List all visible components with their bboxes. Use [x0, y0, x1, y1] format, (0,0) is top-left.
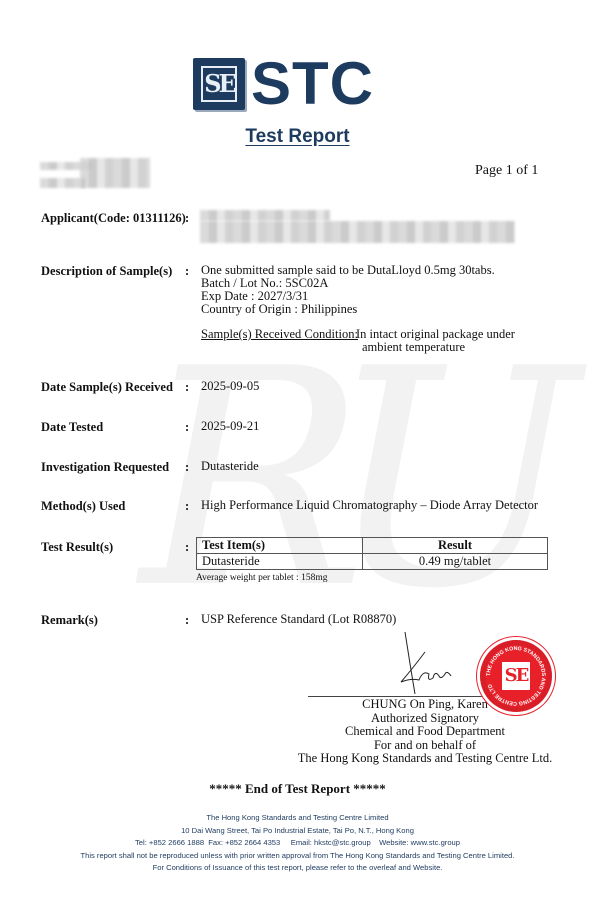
colon: : [185, 613, 189, 628]
method-label: Method(s) Used [41, 499, 125, 514]
remark-label: Remark(s) [41, 613, 98, 628]
colon: : [185, 420, 189, 435]
colon: : [185, 380, 189, 395]
cell-result: 0.49 mg/tablet [363, 554, 548, 570]
test-results-label: Test Result(s) [41, 540, 113, 555]
footer-company: The Hong Kong Standards and Testing Cent… [0, 812, 595, 825]
colon: : [185, 460, 189, 475]
investigation-label: Investigation Requested [41, 460, 169, 475]
applicant-label: Applicant(Code: 01311126) [41, 211, 186, 226]
cell-test-item: Dutasteride [197, 554, 363, 570]
redacted-recipient [40, 178, 85, 188]
page-title: Test Report [0, 126, 595, 148]
date-received-value: 2025-09-05 [201, 380, 259, 393]
header-test-item: Test Item(s) [197, 538, 363, 554]
end-of-report: ***** End of Test Report ***** [0, 781, 595, 797]
logo-mark-icon: SE [193, 58, 245, 110]
average-weight-note: Average weight per tablet : 158mg [196, 573, 327, 583]
table-header-row: Test Item(s) Result [197, 538, 548, 554]
stc-logo: SE STC [193, 58, 383, 110]
page-number: Page 1 of 1 [475, 163, 538, 179]
company-name: The Hong Kong Standards and Testing Cent… [290, 752, 560, 766]
colon: : [185, 211, 189, 226]
condition-value: ambient temperature [362, 341, 465, 354]
logo-text: STC [251, 52, 374, 116]
remark-value: USP Reference Standard (Lot R08870) [201, 613, 396, 626]
country-origin-line: Country of Origin : Philippines [201, 303, 357, 316]
background-watermark: RU [140, 330, 539, 630]
results-table: Test Item(s) Result Dutasteride 0.49 mg/… [196, 537, 548, 570]
footer-contact: Tel: +852 2666 1888 Fax: +852 2664 4353 … [0, 837, 595, 850]
on-behalf-text: For and on behalf of [290, 739, 560, 753]
footer-address: 10 Dai Wang Street, Tai Po Industrial Es… [0, 825, 595, 838]
colon: : [185, 540, 189, 555]
footer-disclaimer: This report shall not be reproduced unle… [0, 850, 595, 863]
redacted-recipient [80, 158, 150, 188]
header-result: Result [363, 538, 548, 554]
date-received-label: Date Sample(s) Received [41, 380, 173, 395]
signature-icon [395, 630, 465, 696]
signatory-department: Chemical and Food Department [290, 725, 560, 739]
redacted-applicant [200, 210, 330, 221]
company-seal-icon: THE HONG KONG STANDARDS AND TESTING CENT… [480, 640, 552, 712]
date-tested-label: Date Tested [41, 420, 103, 435]
signatory-title: Authorized Signatory [290, 712, 560, 726]
method-value: High Performance Liquid Chromatography –… [201, 499, 538, 512]
redacted-applicant [200, 221, 515, 243]
table-row: Dutasteride 0.49 mg/tablet [197, 554, 548, 570]
seal-mark: SE [502, 662, 530, 690]
colon: : [185, 499, 189, 514]
condition-label: Sample(s) Received Condition: [201, 328, 358, 341]
date-tested-value: 2025-09-21 [201, 420, 259, 433]
colon: : [185, 264, 189, 279]
footer-conditions: For Conditions of Issuance of this test … [0, 862, 595, 875]
investigation-value: Dutasteride [201, 460, 259, 473]
description-label: Description of Sample(s) [41, 264, 172, 279]
footer: The Hong Kong Standards and Testing Cent… [0, 812, 595, 875]
